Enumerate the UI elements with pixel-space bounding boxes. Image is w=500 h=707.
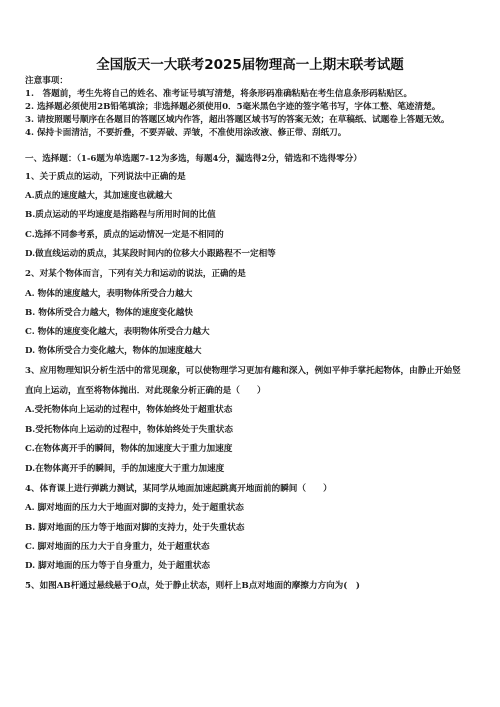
notice-item-4: 4. 保持卡面清洁，不要折叠，不要弄破、弄皱，不准使用涂改液、修正带、刮纸刀。 — [25, 128, 346, 139]
question-1-stem: 1、关于质点的运动，下列说法中正确的是 — [25, 172, 186, 183]
question-2-option-d: D. 物体所受合力变化越大，物体的加速度越大 — [25, 346, 201, 357]
notice-item-2: 2. 选择题必须使用2B铅笔填涂；非选择题必须使用0．5毫米黑色字迹的签字笔书写… — [25, 102, 440, 113]
question-4-option-c: C. 脚对地面的压力大于自身重力，处于超重状态 — [25, 542, 210, 553]
question-3-stem-line2: 直向上运动，直至将物体抛出．对此现象分析正确的是（ ） — [25, 386, 266, 397]
notice-item-3: 3. 请按照题号顺序在各题目的答题区域内作答，超出答题区域书写的答案无效；在草稿… — [25, 115, 449, 126]
question-3-option-b: B.受托物体向上运动的过程中，物体始终处于失重状态 — [25, 425, 233, 436]
question-3-option-d: D.在物体离开手的瞬间，手的加速度大于重力加速度 — [25, 464, 224, 475]
question-3-stem-line1: 3、应用物理知识分析生活中的常见现象，可以使物理学习更加有趣和深入，例如平伸手掌… — [25, 366, 461, 377]
question-1-option-c: C.选择不同参考系，质点的运动情况一定是不相同的 — [25, 230, 224, 241]
question-1-option-d: D.做直线运动的质点，其某段时间内的位移大小跟路程不一定相等 — [25, 249, 276, 260]
question-5-stem: 5、如图AB杆通过悬线悬于O点，处于静止状态，则杆上B点对地面的摩擦力方向为( … — [25, 581, 360, 592]
notice-item-1: 1. 答题前，考生先将自己的姓名、准考证号填写清楚，将条形码准确粘贴在考生信息条… — [25, 89, 412, 100]
question-3-option-a: A.受托物体向上运动的过程中，物体始终处于超重状态 — [25, 405, 232, 416]
exam-title: 全国版天一大联考2025届物理高一上期末联考试题 — [0, 53, 500, 73]
question-1-option-b: B.质点运动的平均速度是指路程与所用时间的比值 — [25, 210, 216, 221]
question-4-option-a: A. 脚对地面的压力大于地面对脚的支持力，处于超重状态 — [25, 503, 244, 514]
question-1-option-a: A.质点的速度越大，其加速度也就越大 — [25, 191, 172, 202]
question-3-option-c: C.在物体离开手的瞬间，物体的加速度大于重力加速度 — [25, 444, 232, 455]
question-2-option-a: A. 物体的速度越大，表明物体所受合力越大 — [25, 289, 192, 300]
section-heading: 一、选择题：（1-6题为单选题7-12为多选，每题4分，漏选得2分，错选和不选得… — [25, 154, 362, 165]
question-2-option-c: C. 物体的速度变化越大，表明物体所受合力越大 — [25, 327, 210, 338]
question-2-stem: 2、对某个物体而言，下列有关力和运动的说法，正确的是 — [25, 269, 246, 280]
question-4-option-b: B. 脚对地面的压力等于地面对脚的支持力，处于失重状态 — [25, 523, 245, 534]
exam-page: 全国版天一大联考2025届物理高一上期末联考试题 注意事项： 1. 答题前，考生… — [0, 0, 500, 707]
notice-heading: 注意事项： — [25, 76, 68, 87]
question-4-option-d: D. 脚对地面的压力等于自身重力，处于超重状态 — [25, 561, 210, 572]
question-2-option-b: B. 物体所受合力越大，物体的速度变化越快 — [25, 308, 193, 319]
question-4-stem: 4、体育课上进行弹跳力测试，某同学从地面加速起跳离开地面前的瞬间（ ） — [25, 484, 332, 495]
